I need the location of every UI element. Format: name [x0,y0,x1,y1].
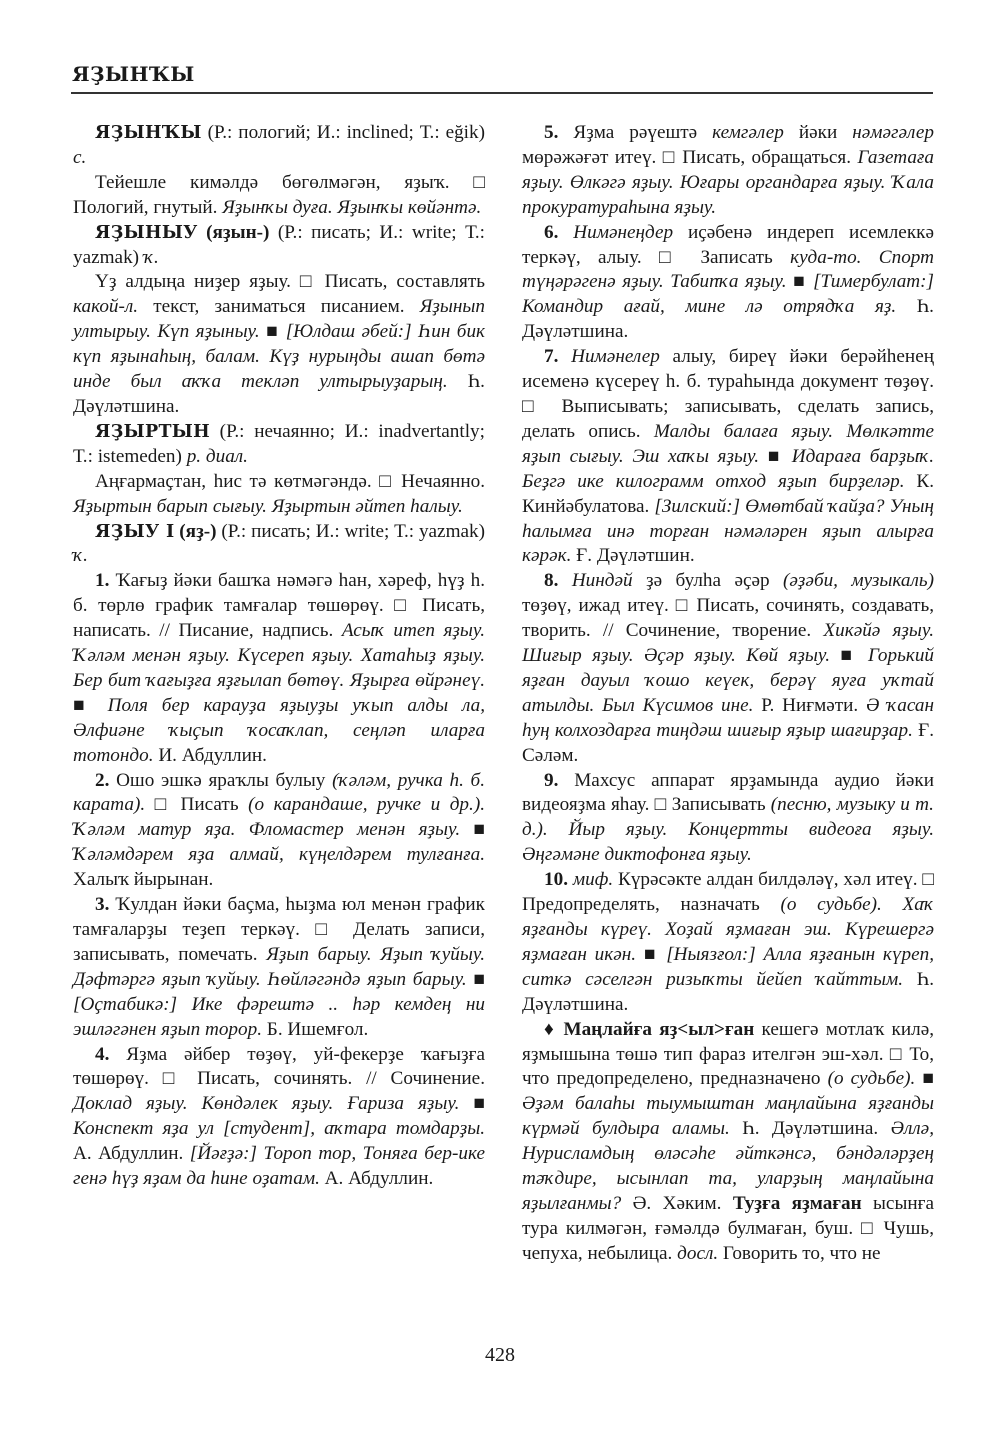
dictionary-paragraph: 9. Махсус аппарат ярҙамында аудио йәки в… [522,769,934,869]
dictionary-paragraph: Үҙ алдыңа ниҙер яҙыу. □ Писать, составля… [73,270,485,419]
body-text: Үҙ алдыңа ниҙер яҙыу. □ Писать, составля… [95,271,485,292]
italic-text: миф. [568,869,613,890]
italic-text: кемгәлер [712,122,784,143]
body-text: ■ [459,1093,485,1114]
italic-text: (әҙәби, музыкаль) [783,570,934,591]
page-number: 428 [0,1344,1000,1367]
italic-text: Нимәнеңдер [558,222,673,243]
bold-text: 9. [544,770,558,791]
body-text: ■ [467,969,485,990]
headword: ЯҘЫНҠЫ [95,123,202,143]
body-text: ■ [73,695,108,716]
dictionary-paragraph: 5. Яҙма рәүештә кемгәлер йәки нәмәгәлер … [522,121,934,221]
bold-text: 6. [544,222,558,243]
italic-text: Яҙыртын барып сығыу. Яҙыртын әйтеп һалыу… [73,496,463,517]
body-text: А. Абдуллин. [73,1143,190,1164]
body-text: ■ [915,1068,934,1089]
dictionary-paragraph: ♦ Маңлайға яҙ<ыл>ған кешегә мотлаҡ килә,… [522,1018,934,1267]
body-text: ҙә булһа әҫәр [633,570,783,591]
dictionary-paragraph: ЯҘЫНҠЫ (Р.: пологий; И.: inclined; Т.: e… [73,121,485,171]
body-text: ■ [260,321,286,342]
italic-text: ҡ. [144,247,159,268]
body-text: □ Писать [145,794,248,815]
bold-text: (яҙын-) [198,222,270,243]
body-text: ■ [460,819,485,840]
headword: ЯҘЫУ I [95,522,174,542]
bold-text: 3. [95,894,109,915]
body-text: ■ [787,271,814,292]
dictionary-paragraph: ЯҘЫНЫУ (яҙын-) (Р.: писать; И.: write; Т… [73,221,485,271]
dictionary-paragraph: Тейешле кимәлдә бөгөлмәгән, яҙыҡ. □ Поло… [73,171,485,221]
bold-text: 1. [95,570,109,591]
italic-text: ҡ. [73,545,88,566]
dictionary-paragraph: ЯҘЫРТЫН (Р.: нечаянно; И.: inadver­tantl… [73,420,485,470]
bold-text: 2. [95,770,109,791]
dictionary-paragraph: 7. Нимәнелер алыу, биреү йәки берәйһенең… [522,345,934,569]
bold-text: 4. [95,1044,109,1065]
body-text: Яҙма рәүештә [558,122,712,143]
italic-text: (о судьбе). [828,1068,916,1089]
left-column: ЯҘЫНҠЫ (Р.: пологий; И.: inclined; Т.: e… [73,121,485,1192]
dictionary-paragraph: 6. Нимәнеңдер иҫәбенә индереп исемлеккә … [522,221,934,346]
dictionary-paragraph: 10. миф. Күрәсәкте алдан билдәләү, хәл и… [522,868,934,1017]
italic-text: Яҙынҡы дуға. Яҙынҡы көйәнтә. [222,197,481,218]
dictionary-paragraph: 8. Ниндәй ҙә булһа әҫәр (әҙәби, музыкаль… [522,569,934,768]
body-text: Говорить то, что не [718,1243,880,1264]
body-text: Ә. Хәким. [621,1193,733,1214]
italic-text: Доклад яҙыу. Көндәлек яҙыу. Ғариза яҙыу. [73,1093,459,1114]
italic-text: досл. [677,1243,718,1264]
body-text: ■ [636,944,666,965]
right-column: 5. Яҙма рәүештә кемгәлер йәки нәмәгәлер … [522,121,934,1267]
dictionary-paragraph: 4. Яҙма әйбер төҙөү, уй-фекерҙе ҡағыҙға … [73,1043,485,1192]
body-text: Б. Ишемғол. [262,1019,368,1040]
italic-text: р. диал. [187,446,248,467]
italic-text: с. [73,147,86,168]
bold-text: (яҙ-) [174,521,216,542]
italic-text: нәмәгәлер [852,122,934,143]
italic-text: Ҡәләмдәрем яҙа алмай, күңелдәрем тулғанғ… [73,844,485,865]
headword: ЯҘЫРТЫН [95,422,210,442]
body-text: И. Абдуллин. [154,745,267,766]
dictionary-paragraph: ЯҘЫУ I (яҙ-) (Р.: писать; И.: write; Т.:… [73,520,485,570]
dictionary-paragraph: Аңғармаҫтан, һис тә көтмәгәндә. □ Нечаян… [73,470,485,520]
bold-text: 5. [544,122,558,143]
body-text: А. Абдуллин. [320,1168,433,1189]
running-head: ЯҘЫНҠЫ [72,62,195,86]
header-rule [71,92,933,94]
bold-text: ♦ Маңлайға яҙ<ыл>ған [544,1019,754,1040]
bold-text: Туҙға яҙмаған [733,1193,862,1214]
body-text: йәки [784,122,852,143]
italic-text: Нимәнелер [558,346,659,367]
italic-text: Ниндәй [558,570,632,591]
dictionary-paragraph: 3. Ҡулдан йәки баҫма, һыҙма юл менән гра… [73,893,485,1042]
body-text: Яҙма әйбер төҙөү, уй-фекерҙе ҡағыҙға төш… [73,1044,485,1090]
bold-text: 8. [544,570,558,591]
body-text: Ошо эшкә яраҡлы булыу [109,770,332,791]
italic-text: Конспект яҙа ул [студент], аҡтара томдар… [73,1118,485,1139]
body-text: текст, заниматься писанием. [138,296,420,317]
body-text: Ғ. Дәүләтшин. [571,545,694,566]
italic-text: Поля бер карауҙа яҙыуҙы уҡып алды ла, Әл… [73,695,485,766]
dictionary-paragraph: 1. Ҡағыҙ йәки башҡа нәмәгә һан, хәреф, һ… [73,569,485,768]
headword: ЯҘЫНЫУ [95,223,198,243]
body-text: ■ [830,645,868,666]
body-text: Р. Ниғмәти. [753,695,866,716]
body-text: Һ. Дәүләтшина. [730,1118,891,1139]
body-text: (Р.: пологий; И.: inclined; Т.: eğik) [202,122,485,143]
dictionary-paragraph: 2. Ошо эшкә яраҡлы булыу (ҡәләм, ручка һ… [73,769,485,894]
body-text: ■ [759,446,792,467]
bold-text: 10. [544,869,568,890]
body-text: Халыҡ йырынан. [73,869,213,890]
body-text: (Р.: писать; И.: write; Т.: yazmak) [217,521,485,542]
italic-text: какой-л. [73,296,138,317]
body-text: мөрәжәғәт итеү. □ Писать, обращаться. [522,147,857,168]
body-text: Аңғармаҫтан, һис тә көтмәгәндә. □ Нечаян… [95,471,485,492]
bold-text: 7. [544,346,558,367]
